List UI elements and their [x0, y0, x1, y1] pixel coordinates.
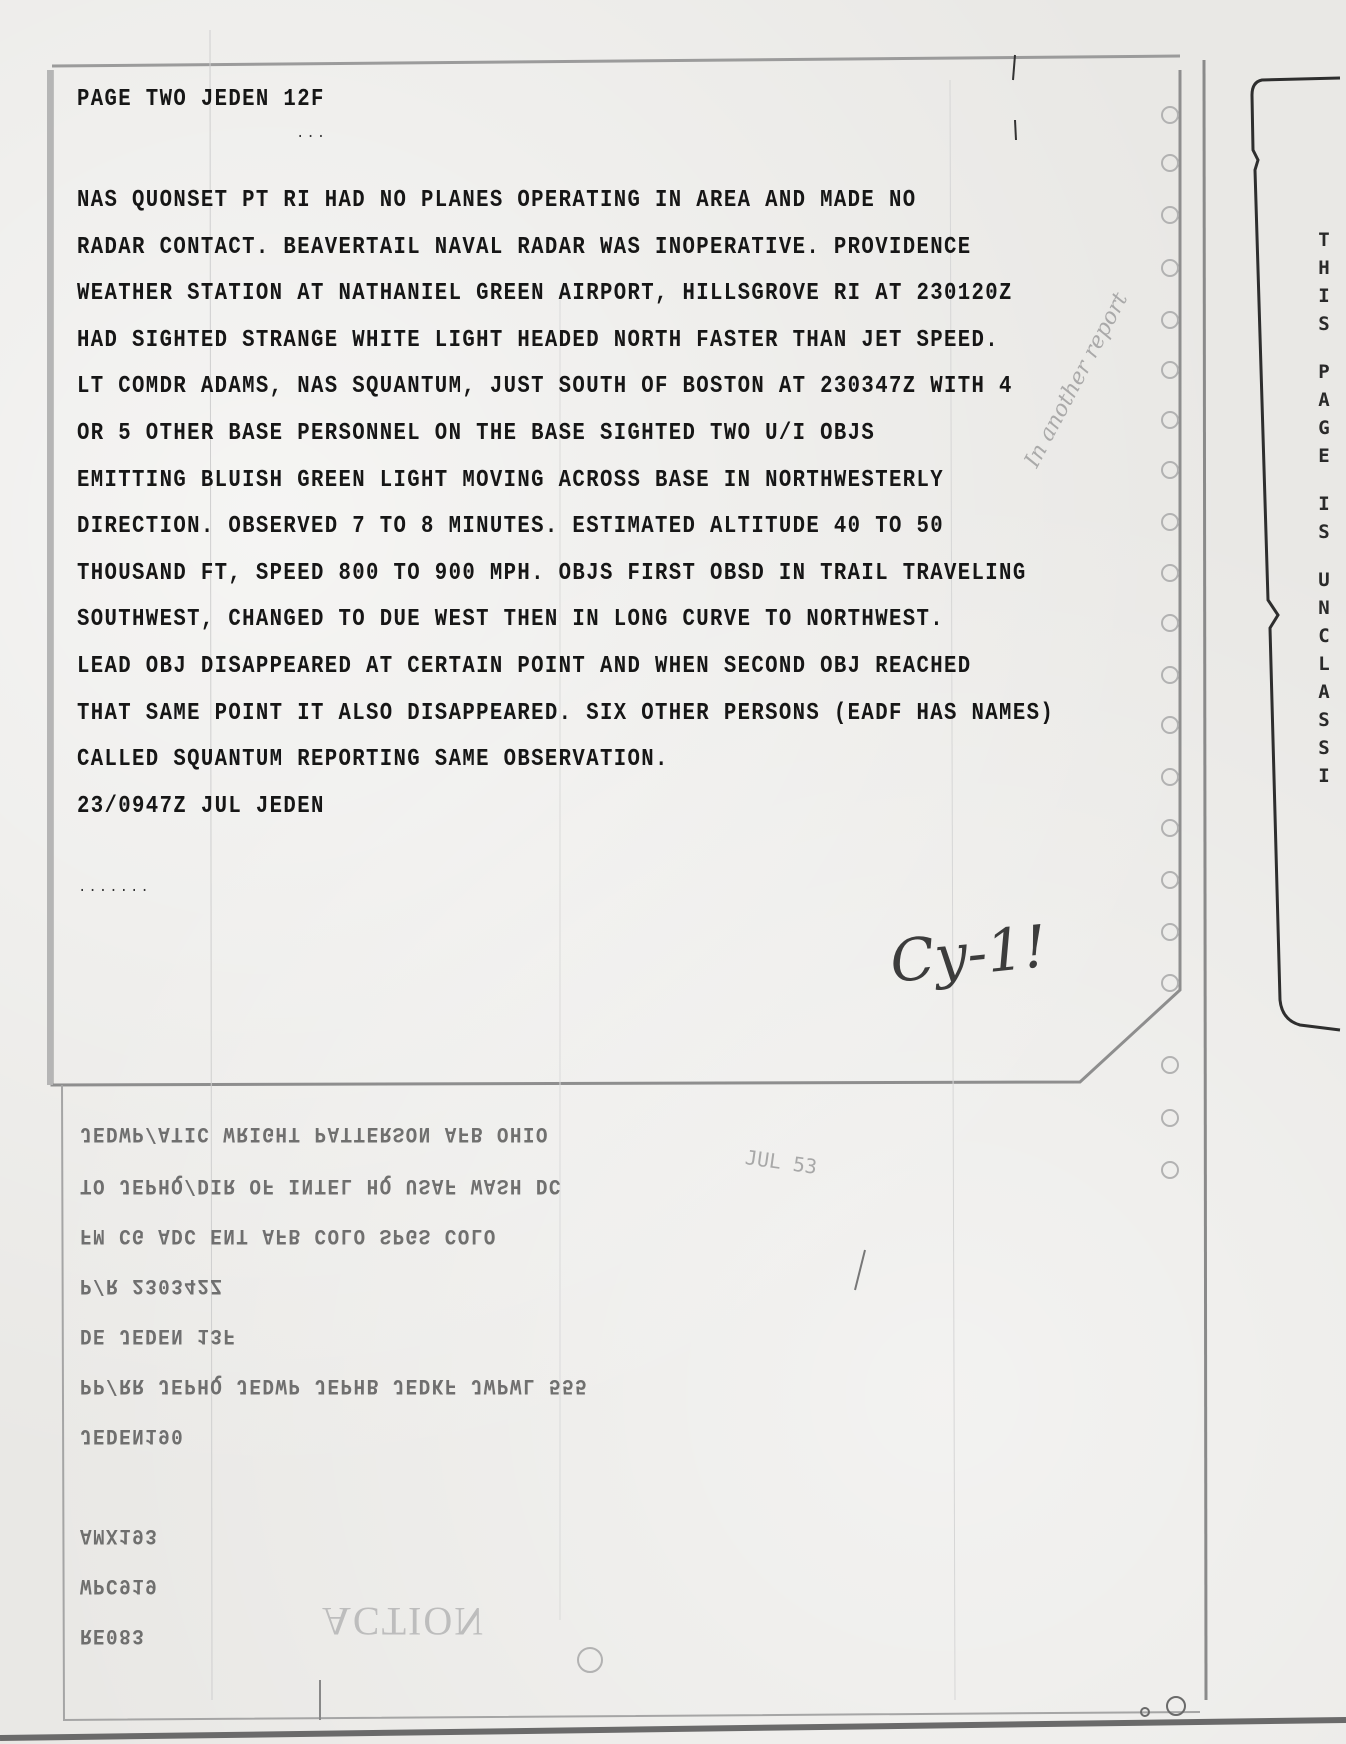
end-of-message-marks: .......	[78, 880, 151, 896]
stamp-letter: A	[1313, 678, 1335, 706]
stamp-letter: N	[1313, 594, 1335, 622]
routing-line: JEDEN190	[80, 1424, 184, 1446]
message-line: RADAR CONTACT. BEAVERTAIL NAVAL RADAR WA…	[77, 236, 972, 260]
message-line: LEAD OBJ DISAPPEARED AT CERTAIN POINT AN…	[77, 655, 972, 679]
stamp-letter: S	[1313, 310, 1335, 338]
routing-line: TO JEPHQ/DIR OF INTEL HQ USAF WASH DC	[80, 1174, 562, 1196]
message-line: DIRECTION. OBSERVED 7 TO 8 MINUTES. ESTI…	[77, 515, 944, 539]
stamp-letter: P	[1313, 358, 1335, 386]
message-line: WEATHER STATION AT NATHANIEL GREEN AIRPO…	[77, 282, 1013, 306]
routing-line: RE083	[80, 1624, 145, 1646]
stamp-letter: I	[1313, 762, 1335, 790]
stamp-letter: H	[1313, 254, 1335, 282]
stamp-letter: A	[1313, 386, 1335, 414]
routing-line: JEDWP/ATIC WRIGHT PATTERSON AFB OHIO	[80, 1122, 549, 1144]
message-line: LT COMDR ADAMS, NAS SQUANTUM, JUST SOUTH…	[77, 375, 1013, 399]
page-header: PAGE TWO JEDEN 12F	[77, 88, 325, 112]
message-line: 23/0947Z JUL JEDEN	[77, 795, 325, 819]
stamp-letter: L	[1313, 650, 1335, 678]
message-line: OR 5 OTHER BASE PERSONNEL ON THE BASE SI…	[77, 422, 875, 446]
routing-line: WPC919	[80, 1574, 158, 1596]
stamp-letter: S	[1313, 706, 1335, 734]
action-stamp: ACTION	[322, 1598, 485, 1645]
routing-line: DE JEDEN 13F	[80, 1324, 236, 1346]
stamp-letter: I	[1313, 490, 1335, 518]
message-line: SOUTHWEST, CHANGED TO DUE WEST THEN IN L…	[77, 608, 944, 632]
routing-line: P/R 230342Z	[80, 1274, 223, 1296]
typing-dots: ...	[296, 126, 327, 142]
message-line: CALLED SQUANTUM REPORTING SAME OBSERVATI…	[77, 748, 669, 772]
stamp-letter: E	[1313, 442, 1335, 470]
stamp-letter: I	[1313, 282, 1335, 310]
document-frame	[0, 0, 1346, 1744]
routing-line: PP/RR JEPHQ JEDWP JEPHB JEDKF JWPWL 555	[80, 1374, 588, 1396]
stamp-letter: G	[1313, 414, 1335, 442]
message-line: THOUSAND FT, SPEED 800 TO 900 MPH. OBJS …	[77, 562, 1027, 586]
stamp-letter: U	[1313, 566, 1335, 594]
classification-stamp: THISPAGEISUNCLASSI	[1313, 226, 1335, 790]
stamp-letter: C	[1313, 622, 1335, 650]
message-line: THAT SAME POINT IT ALSO DISAPPEARED. SIX…	[77, 702, 1054, 726]
message-line: HAD SIGHTED STRANGE WHITE LIGHT HEADED N…	[77, 329, 999, 353]
routing-line: AMX193	[80, 1524, 158, 1546]
stamp-letter: S	[1313, 518, 1335, 546]
stamp-letter: T	[1313, 226, 1335, 254]
stamp-letter: S	[1313, 734, 1335, 762]
message-line: EMITTING BLUISH GREEN LIGHT MOVING ACROS…	[77, 469, 944, 493]
routing-line: FM CG ADC ENT AFB COLO SPGS COLO	[80, 1224, 497, 1246]
message-line: NAS QUONSET PT RI HAD NO PLANES OPERATIN…	[77, 189, 916, 213]
